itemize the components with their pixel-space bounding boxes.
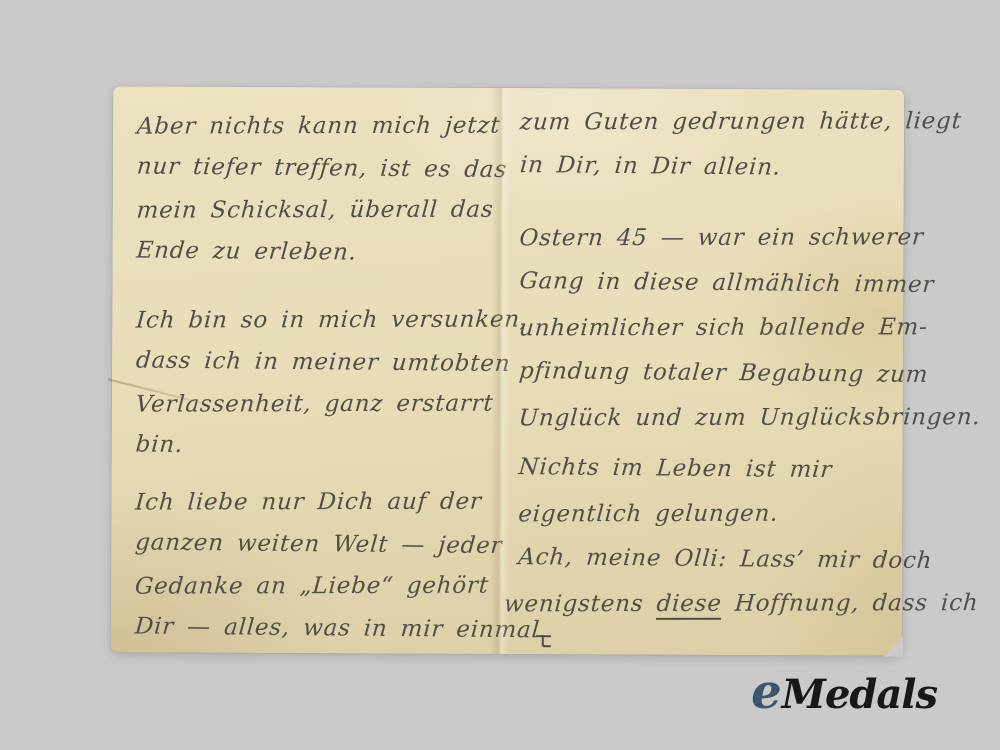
letter-sheet: Aber nichts kann mich jetzt nur tiefer t… bbox=[111, 86, 904, 655]
letter-page-right: zum Guten gedrungen hätte, liegt in Dir,… bbox=[496, 88, 904, 656]
handwritten-line: Verlassenheit, ganz erstarrt bbox=[134, 383, 484, 426]
flourish-stroke bbox=[543, 645, 551, 647]
underlined-word: diese bbox=[655, 591, 722, 620]
letter-page-left: Aber nichts kann mich jetzt nur tiefer t… bbox=[111, 86, 498, 654]
handwritten-line: Gedanke an „Liebe“ gehört bbox=[134, 565, 484, 608]
paper-corner-cut bbox=[883, 637, 903, 657]
handwritten-line: Unglück und zum Unglücksbringen. bbox=[517, 395, 894, 441]
handwritten-line: pfindung totaler Begabung zum bbox=[517, 349, 894, 398]
handwritten-line: Gang in diese allmählich immer bbox=[518, 259, 895, 308]
handwritten-line: ganzen weiten Welt — jeder bbox=[134, 521, 484, 566]
handwritten-line: in Dir, in Dir allein. bbox=[518, 143, 895, 192]
handwritten-line: Ende zu erleben. bbox=[135, 229, 485, 274]
handwritten-line: Ach, meine Olli: Lass’ mir doch bbox=[516, 535, 893, 584]
ink-flourish-mark bbox=[536, 635, 552, 647]
flourish-stroke bbox=[542, 635, 544, 646]
photo-background: Aber nichts kann mich jetzt nur tiefer t… bbox=[0, 0, 1000, 750]
emedals-watermark-logo: eMedals bbox=[751, 668, 937, 716]
line-text: Hoffnung, dass ich bbox=[721, 590, 980, 617]
handwritten-line: Ich bin so in mich versunken, bbox=[135, 299, 485, 342]
handwritten-line: unheimlicher sich ballende Em- bbox=[518, 305, 895, 351]
handwritten-line: Dir — alles, was in mir einmal bbox=[133, 605, 483, 650]
handwritten-line: bin. bbox=[134, 423, 484, 468]
handwritten-line: eigentlich gelungen. bbox=[517, 491, 894, 537]
handwritten-line: Aber nichts kann mich jetzt bbox=[136, 105, 486, 148]
line-text: wenigstens bbox=[503, 591, 657, 617]
handwritten-line: Ich liebe nur Dich auf der bbox=[134, 481, 484, 524]
handwritten-line: Ostern 45 — war ein schwerer bbox=[518, 215, 895, 261]
flourish-stroke bbox=[536, 635, 551, 637]
handwritten-line: dass ich in meiner umtobten bbox=[134, 339, 484, 384]
handwritten-line-underlined: wenigstens diese Hoffnung, dass ich bbox=[502, 581, 893, 627]
logo-wordmark: Medals bbox=[782, 675, 937, 715]
handwritten-line: Nichts im Leben ist mir bbox=[517, 445, 894, 494]
handwritten-line: nur tiefer treffen, ist es das bbox=[135, 145, 485, 190]
handwritten-line: zum Guten gedrungen hätte, liegt bbox=[518, 99, 895, 145]
handwritten-line: mein Schicksal, überall das bbox=[135, 189, 485, 232]
logo-letter-e: e bbox=[751, 668, 781, 716]
